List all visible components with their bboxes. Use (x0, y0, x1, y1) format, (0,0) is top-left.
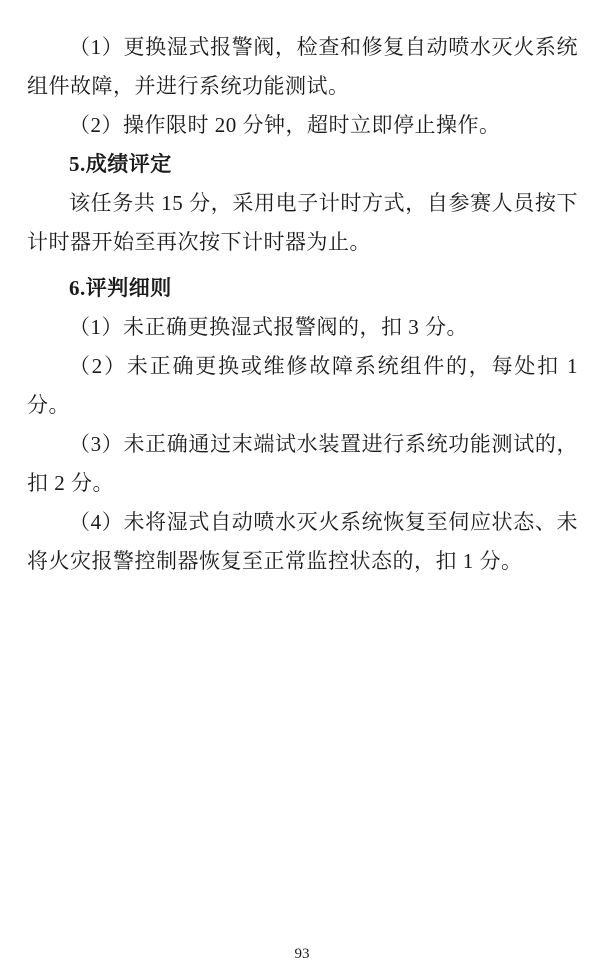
paragraph-scoring-method: 该任务共 15 分，采用电子计时方式，自参赛人员按下计时器开始至再次按下计时器为… (27, 184, 578, 262)
section-heading-score-evaluation: 5.成绩评定 (27, 145, 578, 184)
rule-item-4: （4）未将湿式自动喷水灭火系统恢复至伺应状态、未将火灾报警控制器恢复至正常监控状… (27, 503, 578, 581)
rule-item-2: （2）未正确更换或维修故障系统组件的，每处扣 1 分。 (27, 347, 578, 425)
document-page: （1）更换湿式报警阀，检查和修复自动喷水灭火系统组件故障，并进行系统功能测试。 … (0, 0, 604, 971)
rule-item-3: （3）未正确通过末端试水装置进行系统功能测试的，扣 2 分。 (27, 425, 578, 503)
paragraph-replace-valve: （1）更换湿式报警阀，检查和修复自动喷水灭火系统组件故障，并进行系统功能测试。 (27, 28, 578, 106)
section-heading-judging-rules: 6.评判细则 (27, 269, 578, 308)
paragraph-time-limit: （2）操作限时 20 分钟，超时立即停止操作。 (27, 106, 578, 145)
document-body: （1）更换湿式报警阀，检查和修复自动喷水灭火系统组件故障，并进行系统功能测试。 … (27, 28, 578, 581)
rule-item-1: （1）未正确更换湿式报警阀的，扣 3 分。 (27, 308, 578, 347)
page-number: 93 (0, 945, 604, 963)
